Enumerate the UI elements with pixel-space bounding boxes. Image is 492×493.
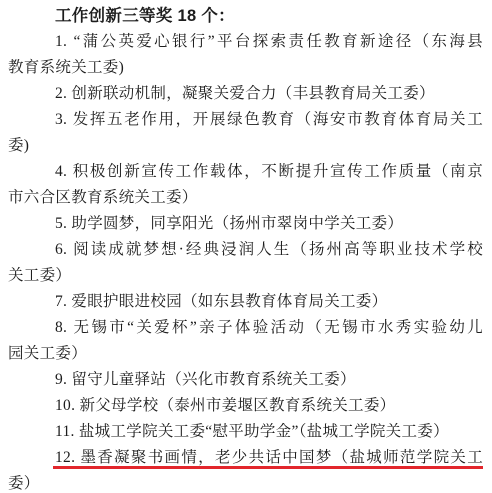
red-underline-annotation: [53, 466, 483, 469]
text-line: 2. 创新联动机制，凝聚关爱合力（丰县教育局关工委）: [8, 81, 483, 107]
text-line: 委）: [8, 471, 483, 493]
text-line: 8. 无锡市“关爱杯”亲子体验活动（无锡市水秀实验幼儿: [8, 315, 483, 341]
text-line: 5. 助学圆梦，同享阳光（扬州市翠岗中学关工委）: [8, 211, 483, 237]
text-line: 教育系统关工委): [8, 55, 483, 81]
award-item-10: 10. 新父母学校（泰州市姜堰区教育系统关工委）: [8, 393, 483, 419]
award-item-4: 4. 积极创新宣传工作载体，不断提升宣传工作质量（南京 市六合区教育系统关工委）: [8, 159, 483, 211]
award-item-9: 9. 留守儿童驿站（兴化市教育系统关工委）: [8, 367, 483, 393]
text-line: 9. 留守儿童驿站（兴化市教育系统关工委）: [8, 367, 483, 393]
document-page: 工作创新三等奖 18 个： 1. “蒲公英爱心银行”平台探索责任教育新途径（东海…: [0, 0, 492, 493]
award-item-6: 6. 阅读成就梦想·经典浸润人生（扬州高等职业技术学校 关工委）: [8, 237, 483, 289]
award-item-7: 7. 爱眼护眼进校园（如东县教育体育局关工委）: [8, 289, 483, 315]
award-item-8: 8. 无锡市“关爱杯”亲子体验活动（无锡市水秀实验幼儿 园关工委）: [8, 315, 483, 367]
text-line: 关工委）: [8, 263, 483, 289]
text-line: 11. 盐城工学院关工委“慰平助学金”（盐城工学院关工委）: [8, 419, 483, 445]
section-heading: 工作创新三等奖 18 个：: [8, 3, 483, 29]
text-line: 6. 阅读成就梦想·经典浸润人生（扬州高等职业技术学校: [8, 237, 483, 263]
text-line: 4. 积极创新宣传工作载体，不断提升宣传工作质量（南京: [8, 159, 483, 185]
text-line: 园关工委）: [8, 341, 483, 367]
award-item-12: 12. 墨香凝聚书画情，老少共话中国梦（盐城师范学院关工 委）: [8, 445, 483, 493]
text-line: 3. 发挥五老作用，开展绿色教育（海安市教育体育局关工: [8, 107, 483, 133]
text-line: 1. “蒲公英爱心银行”平台探索责任教育新途径（东海县: [8, 29, 483, 55]
text-line: 市六合区教育系统关工委）: [8, 185, 483, 211]
text-line: 10. 新父母学校（泰州市姜堰区教育系统关工委）: [8, 393, 483, 419]
award-item-2: 2. 创新联动机制，凝聚关爱合力（丰县教育局关工委）: [8, 81, 483, 107]
award-item-1: 1. “蒲公英爱心银行”平台探索责任教育新途径（东海县 教育系统关工委): [8, 29, 483, 81]
award-item-11: 11. 盐城工学院关工委“慰平助学金”（盐城工学院关工委）: [8, 419, 483, 445]
text-line: 7. 爱眼护眼进校园（如东县教育体育局关工委）: [8, 289, 483, 315]
award-item-5: 5. 助学圆梦，同享阳光（扬州市翠岗中学关工委）: [8, 211, 483, 237]
award-item-3: 3. 发挥五老作用，开展绿色教育（海安市教育体育局关工 委): [8, 107, 483, 159]
text-line: 委): [8, 133, 483, 159]
